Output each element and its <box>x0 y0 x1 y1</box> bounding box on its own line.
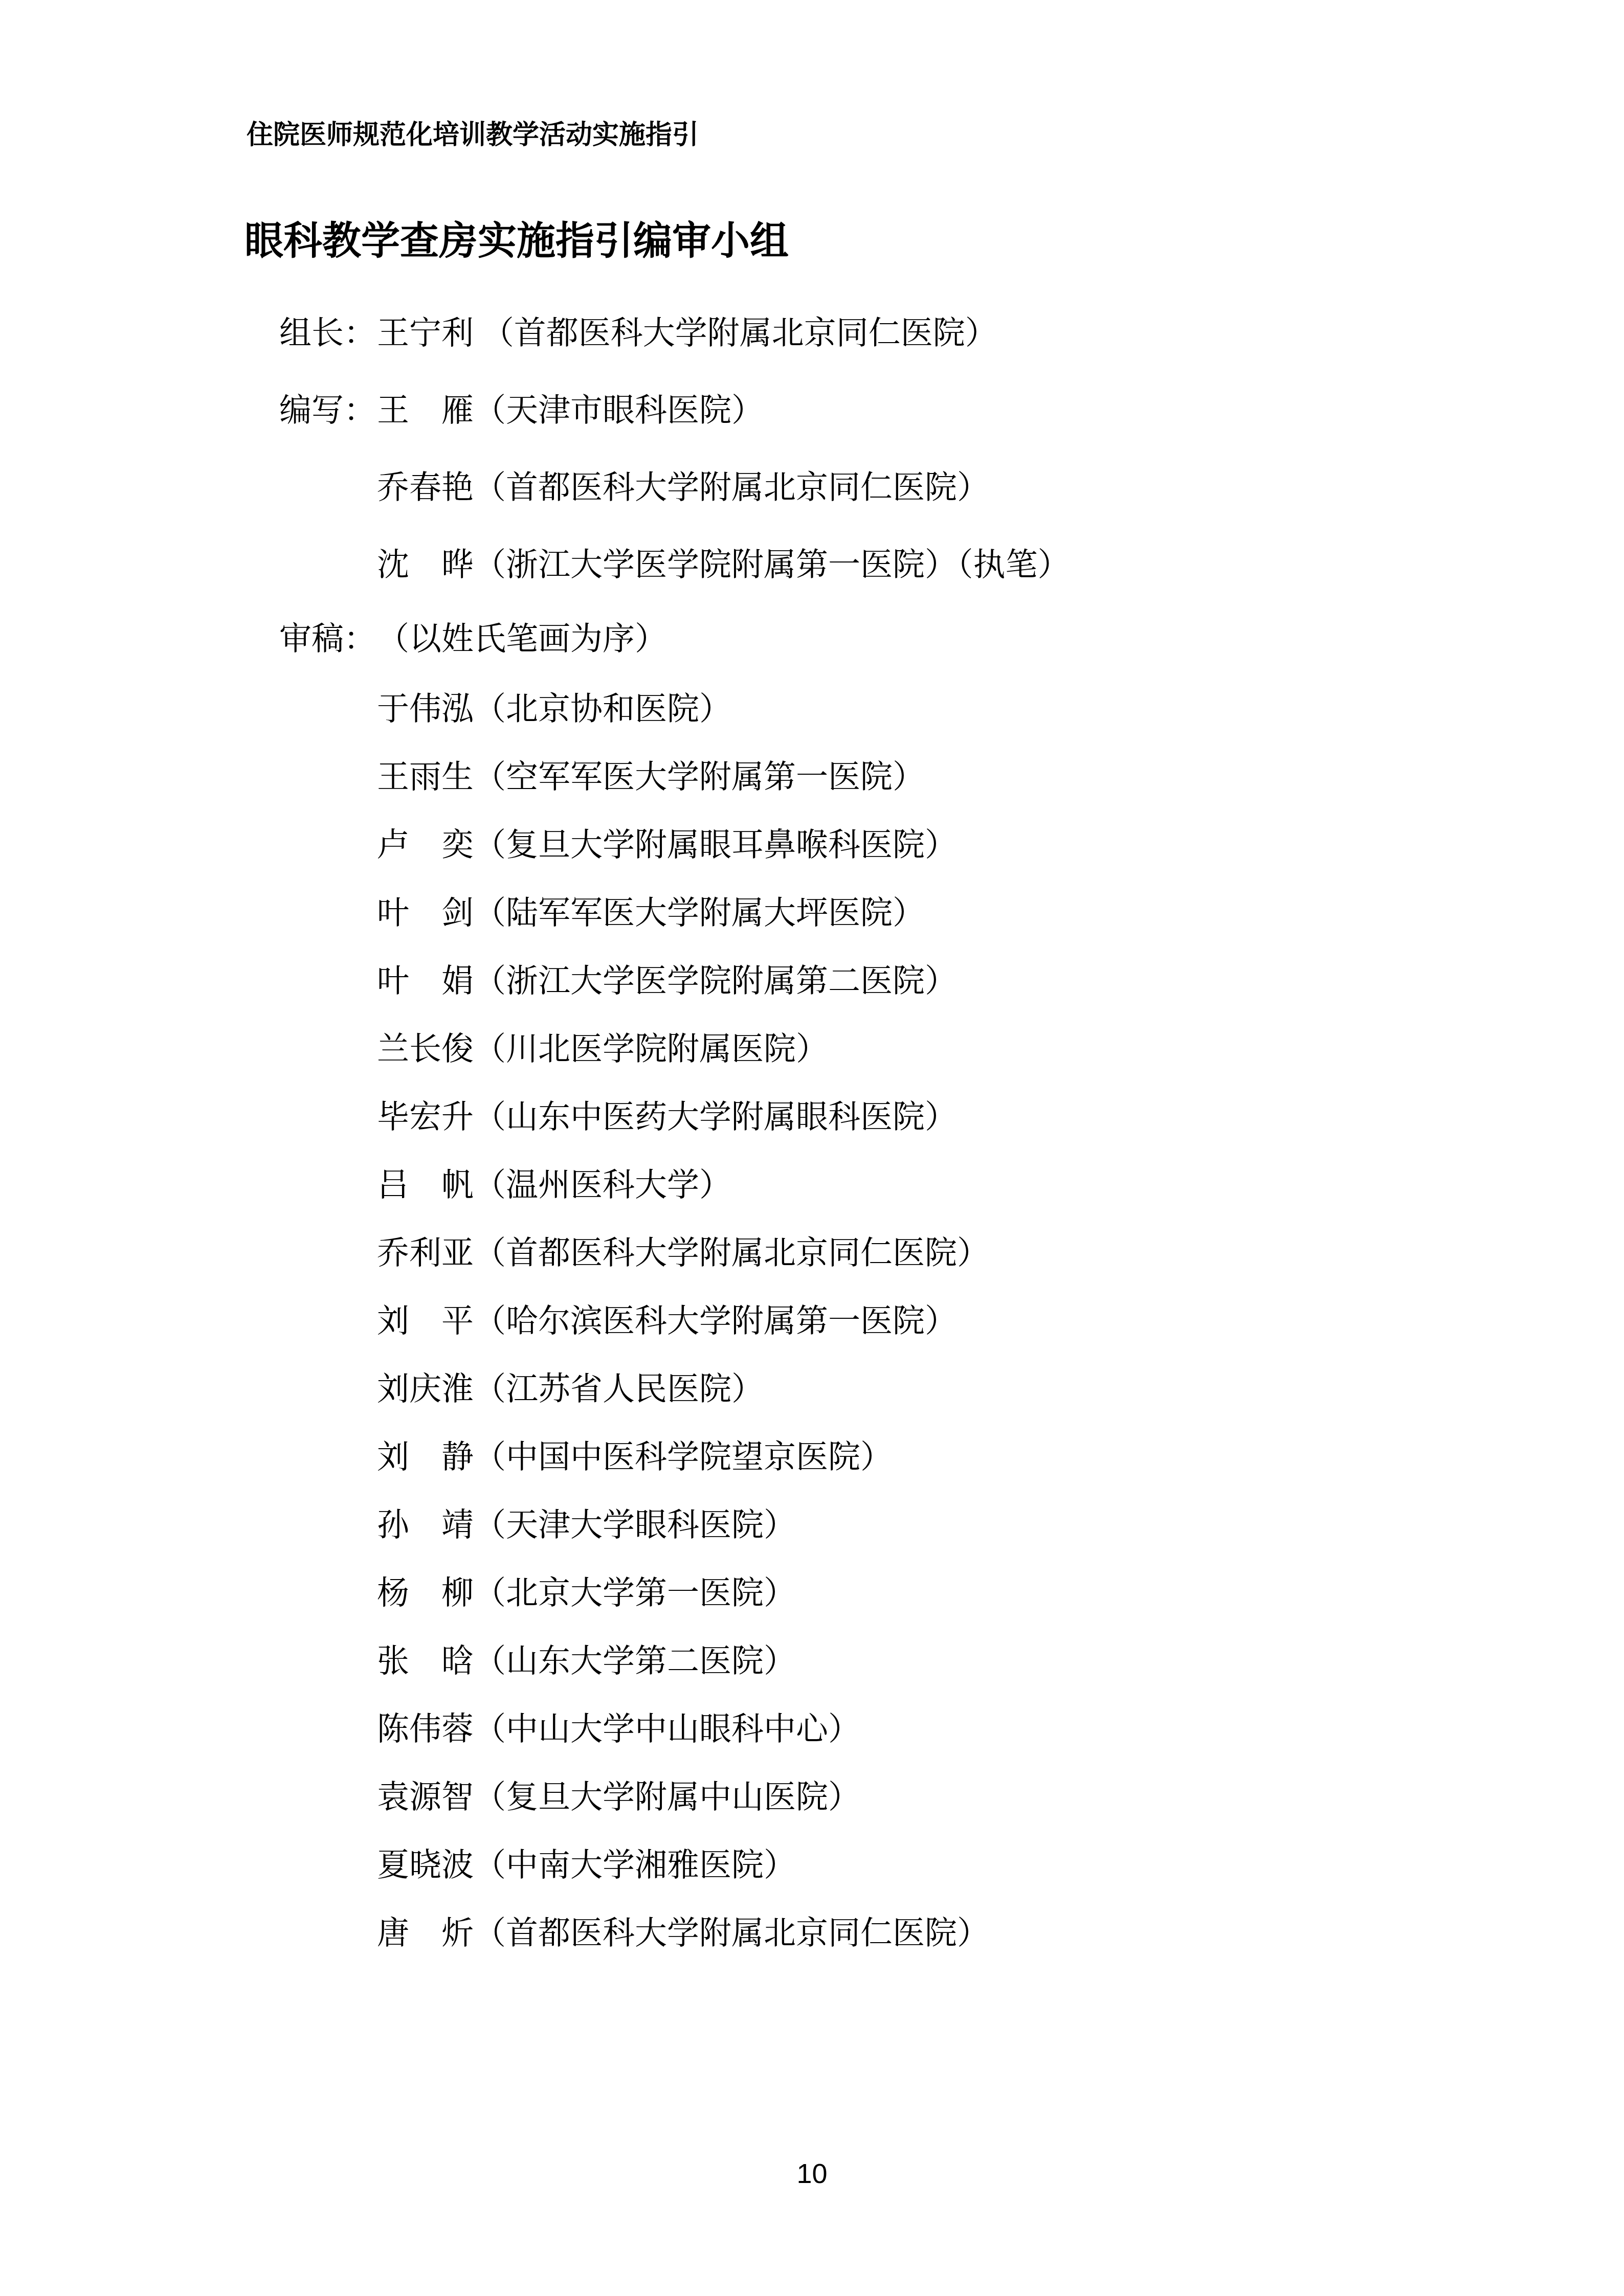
row-label: 组长： <box>279 315 377 351</box>
row-label: 编写： <box>279 392 377 428</box>
row-text: 袁源智（复旦大学附属中山医院） <box>377 1779 1558 1815</box>
row-text: 乔春艳（首都医科大学附属北京同仁医院） <box>377 469 1558 505</box>
member-row: 叶 剑（陆军军医大学附属大坪医院） <box>279 879 1558 947</box>
committee-list: 组长： 王宁利 （首都医科大学附属北京同仁医院） 编写： 王 雁（天津市眼科医院… <box>279 294 1558 1967</box>
row-text: 唐 炘（首都医科大学附属北京同仁医院） <box>377 1915 1558 1951</box>
row-text: 毕宏升（山东中医药大学附属眼科医院） <box>377 1099 1558 1135</box>
member-row: 唐 炘（首都医科大学附属北京同仁医院） <box>279 1899 1558 1967</box>
page-number: 10 <box>0 2159 1624 2189</box>
member-row: 袁源智（复旦大学附属中山医院） <box>279 1763 1558 1831</box>
member-row: 刘庆淮（江苏省人民医院） <box>279 1355 1558 1423</box>
row-text: 于伟泓（北京协和医院） <box>377 691 1558 727</box>
row-label: 审稿： <box>279 621 377 657</box>
member-row: 组长： 王宁利 （首都医科大学附属北京同仁医院） <box>279 294 1558 371</box>
row-text: 杨 柳（北京大学第一医院） <box>377 1575 1558 1611</box>
member-row: 卢 奕（复旦大学附属眼耳鼻喉科医院） <box>279 811 1558 879</box>
member-row: 夏晓波（中南大学湘雅医院） <box>279 1831 1558 1899</box>
row-text: 刘 静（中国中医科学院望京医院） <box>377 1439 1558 1475</box>
member-row: 审稿： （以姓氏笔画为序） <box>279 603 1558 674</box>
row-text: 乔利亚（首都医科大学附属北京同仁医院） <box>377 1235 1558 1271</box>
row-text: 叶 娟（浙江大学医学院附属第二医院） <box>377 963 1558 999</box>
row-text: 夏晓波（中南大学湘雅医院） <box>377 1847 1558 1883</box>
member-row: 刘 平（哈尔滨医科大学附属第一医院） <box>279 1287 1558 1355</box>
member-row: 孙 靖（天津大学眼科医院） <box>279 1491 1558 1559</box>
member-row: 叶 娟（浙江大学医学院附属第二医院） <box>279 947 1558 1015</box>
running-header: 住院医师规范化培训教学活动实施指引 <box>247 120 699 150</box>
row-text: （以姓氏笔画为序） <box>377 621 1558 657</box>
member-row: 毕宏升（山东中医药大学附属眼科医院） <box>279 1083 1558 1151</box>
row-text: 张 晗（山东大学第二医院） <box>377 1643 1558 1679</box>
row-text: 沈 晔（浙江大学医学院附属第一医院）（执笔） <box>377 547 1558 582</box>
row-text: 吕 帆（温州医科大学） <box>377 1167 1558 1203</box>
row-text: 兰长俊（川北医学院附属医院） <box>377 1031 1558 1067</box>
row-text: 刘庆淮（江苏省人民医院） <box>377 1371 1558 1407</box>
row-text: 刘 平（哈尔滨医科大学附属第一医院） <box>377 1303 1558 1339</box>
row-text: 叶 剑（陆军军医大学附属大坪医院） <box>377 895 1558 931</box>
member-row: 乔春艳（首都医科大学附属北京同仁医院） <box>279 448 1558 526</box>
member-row: 陈伟蓉（中山大学中山眼科中心） <box>279 1695 1558 1763</box>
member-row: 吕 帆（温州医科大学） <box>279 1151 1558 1219</box>
row-text: 孙 靖（天津大学眼科医院） <box>377 1507 1558 1543</box>
member-row: 编写： 王 雁（天津市眼科医院） <box>279 371 1558 448</box>
member-row: 兰长俊（川北医学院附属医院） <box>279 1015 1558 1083</box>
member-row: 张 晗（山东大学第二医院） <box>279 1627 1558 1695</box>
row-text: 王 雁（天津市眼科医院） <box>377 392 1558 428</box>
member-row: 王雨生（空军军医大学附属第一医院） <box>279 742 1558 811</box>
member-row: 刘 静（中国中医科学院望京医院） <box>279 1423 1558 1491</box>
member-row: 杨 柳（北京大学第一医院） <box>279 1559 1558 1627</box>
row-text: 卢 奕（复旦大学附属眼耳鼻喉科医院） <box>377 827 1558 863</box>
member-row: 于伟泓（北京协和医院） <box>279 674 1558 742</box>
member-row: 乔利亚（首都医科大学附属北京同仁医院） <box>279 1219 1558 1287</box>
row-text: 王雨生（空军军医大学附属第一医院） <box>377 759 1558 795</box>
row-text: 陈伟蓉（中山大学中山眼科中心） <box>377 1711 1558 1747</box>
page-title: 眼科教学查房实施指引编审小组 <box>244 219 789 264</box>
member-row: 沈 晔（浙江大学医学院附属第一医院）（执笔） <box>279 526 1558 603</box>
row-text: 王宁利 （首都医科大学附属北京同仁医院） <box>377 315 1558 351</box>
